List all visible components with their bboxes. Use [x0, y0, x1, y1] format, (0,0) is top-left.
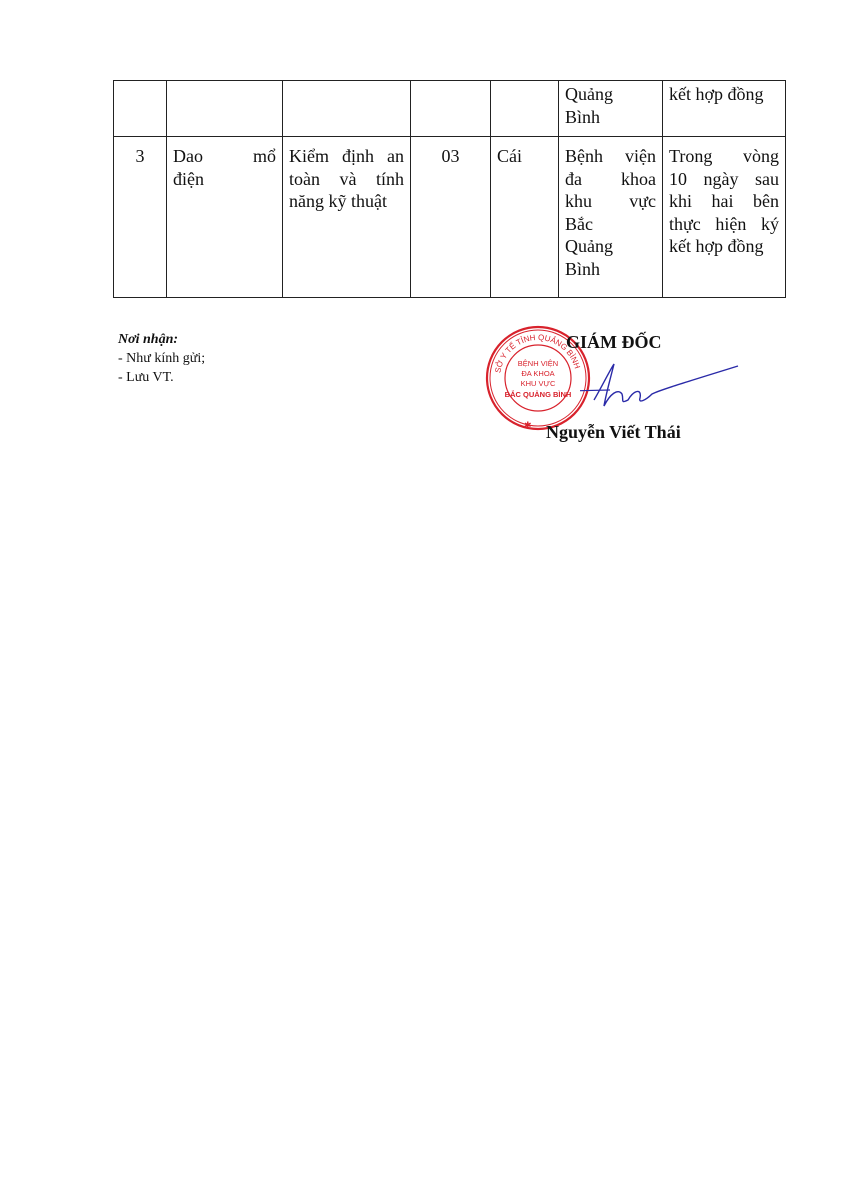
- text-line: năng kỹ thuật: [289, 190, 404, 213]
- cell-name: [167, 81, 283, 137]
- text-line: thực hiện ký: [669, 213, 779, 236]
- signer-name: Nguyễn Viết Thái: [546, 422, 681, 443]
- text-line: 10 ngày sau: [669, 168, 779, 191]
- text-line: Quảng: [565, 235, 656, 258]
- text-line: Bình: [565, 106, 656, 129]
- text-line: Kiểm định an: [289, 145, 404, 168]
- cell-quantity: [411, 81, 491, 137]
- cell-quantity: 03: [411, 137, 491, 298]
- signer-position: GIÁM ĐỐC: [566, 332, 662, 353]
- cell-content: Kiểm định an toàn và tính năng kỹ thuật: [283, 137, 411, 298]
- svg-text:✱: ✱: [524, 420, 532, 430]
- svg-text:KHU VỰC: KHU VỰC: [521, 379, 556, 388]
- recipient-item: - Như kính gửi;: [118, 349, 205, 368]
- recipient-item: - Lưu VT.: [118, 368, 205, 387]
- signature-block: SỞ Y TẾ TỈNH QUẢNG BÌNH BỆNH VIỆN ĐA KHO…: [480, 320, 760, 450]
- text-line: điện: [173, 168, 276, 191]
- cell-deadline: Trong vòng 10 ngày sau khi hai bên thực …: [663, 137, 786, 298]
- cell-deadline: kết hợp đồng: [663, 81, 786, 137]
- text-line: kết hợp đồng: [669, 83, 779, 106]
- text-line: Bệnh viện: [565, 145, 656, 168]
- text-line: toàn và tính: [289, 168, 404, 191]
- text-line: Dao mổ: [173, 145, 276, 168]
- text-line: khi hai bên: [669, 190, 779, 213]
- equipment-table: Quảng Bình kết hợp đồng 3 Dao mổ điện Ki…: [113, 80, 786, 298]
- text-line: Quảng: [565, 83, 656, 106]
- svg-text:ĐA KHOA: ĐA KHOA: [521, 369, 554, 378]
- svg-text:BẮC QUẢNG BÌNH: BẮC QUẢNG BÌNH: [505, 390, 572, 399]
- text-line: Bắc: [565, 213, 656, 236]
- text-line: đa khoa: [565, 168, 656, 191]
- cell-stt: [114, 81, 167, 137]
- text-line: khu vực: [565, 190, 656, 213]
- cell-unit: [491, 81, 559, 137]
- cell-name: Dao mổ điện: [167, 137, 283, 298]
- recipients-title: Nơi nhận:: [118, 330, 205, 349]
- cell-location: Quảng Bình: [559, 81, 663, 137]
- handwritten-signature-icon: [580, 360, 740, 410]
- text-line: Trong vòng: [669, 145, 779, 168]
- cell-location: Bệnh viện đa khoa khu vực Bắc Quảng Bình: [559, 137, 663, 298]
- table-row: Quảng Bình kết hợp đồng: [114, 81, 786, 137]
- text-line: Bình: [565, 258, 656, 281]
- svg-text:BỆNH VIỆN: BỆNH VIỆN: [518, 359, 558, 368]
- text-line: kết hợp đồng: [669, 235, 779, 258]
- table-row: 3 Dao mổ điện Kiểm định an toàn và tính …: [114, 137, 786, 298]
- cell-unit: Cái: [491, 137, 559, 298]
- cell-content: [283, 81, 411, 137]
- recipients-block: Nơi nhận: - Như kính gửi; - Lưu VT.: [118, 330, 205, 387]
- cell-stt: 3: [114, 137, 167, 298]
